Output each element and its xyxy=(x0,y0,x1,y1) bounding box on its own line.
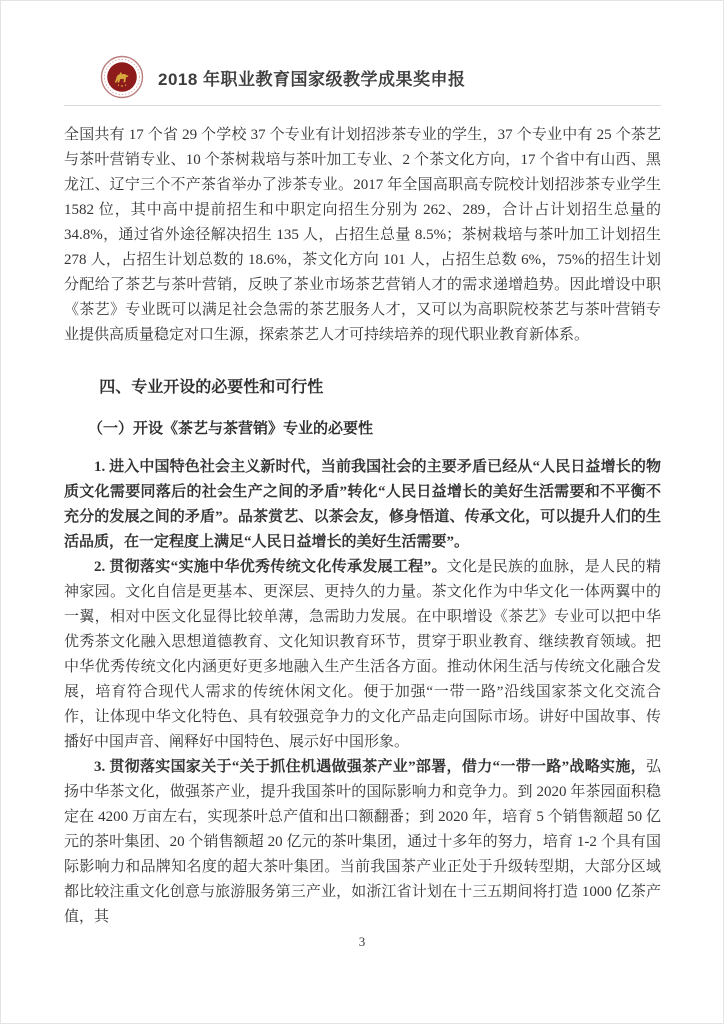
text-segment: 2. 贯彻落实“实施中华优秀传统文化传承发展工程”。 xyxy=(94,559,447,575)
page-number: 3 xyxy=(359,934,366,949)
page-footer: 3 xyxy=(1,933,723,951)
text-segment: 全国共有 17 个省 29 个学校 37 个专业有计划招涉茶专业的学生，37 个… xyxy=(64,127,661,343)
document-body: 全国共有 17 个省 29 个学校 37 个专业有计划招涉茶专业的学生，37 个… xyxy=(64,123,661,930)
text-segment: 弘扬中华茶文化，做强茶产业，提升我国茶叶的国际影响力和竞争力。到 2020 年茶… xyxy=(64,759,661,925)
paragraph-3: 3. 贯彻落实国家关于“关于抓住机遇做强茶产业”部署，借力“一带一路”战略实施，… xyxy=(64,755,661,930)
school-seal-icon xyxy=(100,55,144,99)
document-page: 2018 年职业教育国家级教学成果奖申报 全国共有 17 个省 29 个学校 3… xyxy=(0,0,724,1024)
page-header: 2018 年职业教育国家级教学成果奖申报 xyxy=(64,55,661,106)
text-segment: 1. 进入中国特色社会主义新时代，当前我国社会的主要矛盾已经从“人民日益增长的物… xyxy=(64,459,661,550)
paragraph-1: 1. 进入中国特色社会主义新时代，当前我国社会的主要矛盾已经从“人民日益增长的物… xyxy=(64,455,661,555)
text-segment: 文化是民族的血脉，是人民的精神家园。文化自信是更基本、更深层、更持久的力量。茶文… xyxy=(64,559,661,750)
intro-paragraph: 全国共有 17 个省 29 个学校 37 个专业有计划招涉茶专业的学生，37 个… xyxy=(64,123,661,348)
subsection-heading: （一）开设《茶艺与茶营销》专业的必要性 xyxy=(64,417,661,442)
text-segment: 3. 贯彻落实国家关于“关于抓住机遇做强茶产业”部署，借力“一带一路”战略实施， xyxy=(94,759,646,775)
paragraph-2: 2. 贯彻落实“实施中华优秀传统文化传承发展工程”。文化是民族的血脉，是人民的精… xyxy=(64,555,661,755)
header-title: 2018 年职业教育国家级教学成果奖申报 xyxy=(158,65,466,90)
section-heading: 四、专业开设的必要性和可行性 xyxy=(64,375,661,400)
